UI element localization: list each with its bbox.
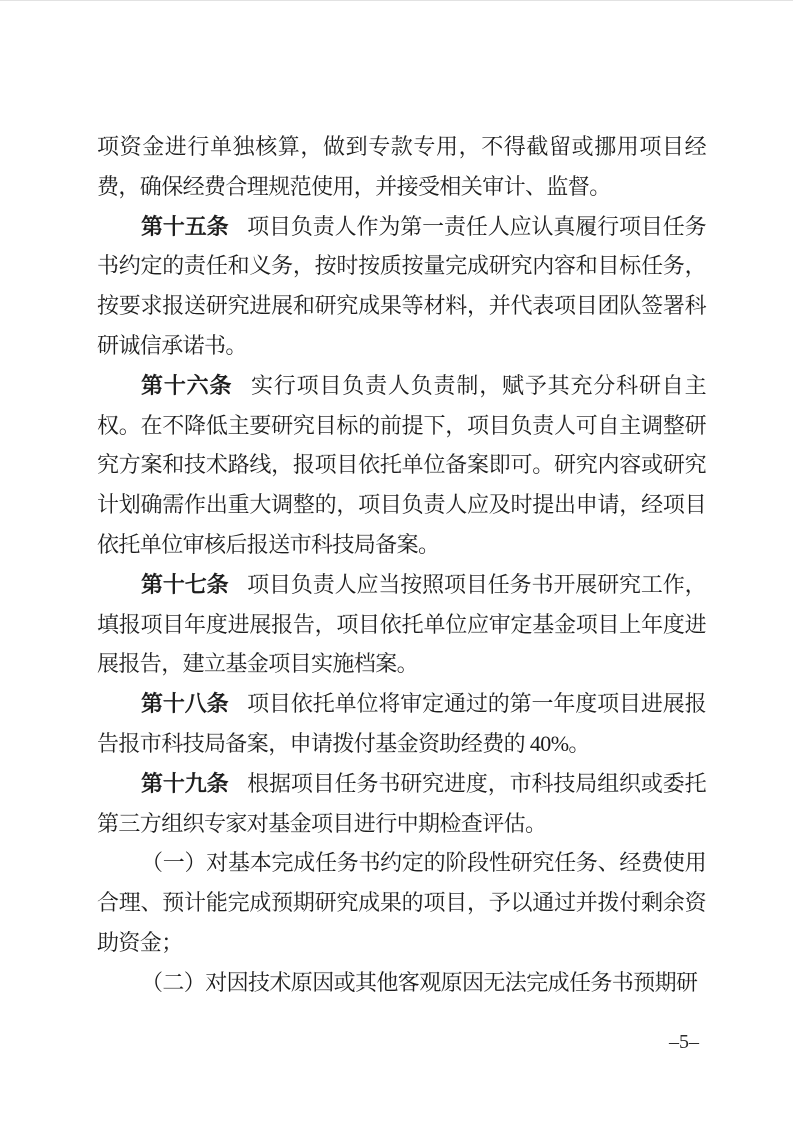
scan-edge-artifact [0, 0, 793, 1]
list-item-1: （一）对基本完成任务书约定的阶段性研究任务、经费使用合理、预计能完成预期研究成果… [97, 843, 706, 962]
article-16: 第十六条实行项目负责人负责制，赋予其充分科研自主权。在不降低主要研究目标的前提下… [97, 366, 706, 565]
list-item-2-text: （二）对因技术原因或其他客观原因无法完成任务书预期研 [141, 970, 697, 995]
continued-paragraph: 项资金进行单独核算，做到专款专用，不得截留或挪用项目经费，确保经费合理规范使用，… [97, 127, 706, 207]
document-page: 项资金进行单独核算，做到专款专用，不得截留或挪用项目经费，确保经费合理规范使用，… [0, 0, 793, 1122]
article-19-label: 第十九条 [141, 771, 228, 796]
article-17: 第十七条项目负责人应当按照项目任务书开展研究工作，填报项目年度进展报告，项目依托… [97, 565, 706, 684]
list-item-2: （二）对因技术原因或其他客观原因无法完成任务书预期研 [97, 963, 706, 1003]
article-17-label: 第十七条 [141, 572, 228, 597]
article-15: 第十五条项目负责人作为第一责任人应认真履行项目任务书约定的责任和义务，按时按质按… [97, 207, 706, 366]
article-19: 第十九条根据项目任务书研究进度，市科技局组织或委托第三方组织专家对基金项目进行中… [97, 764, 706, 844]
article-16-text: 实行项目负责人负责制，赋予其充分科研自主权。在不降低主要研究目标的前提下，项目负… [97, 373, 706, 557]
page-number: –5– [97, 1022, 699, 1062]
continued-paragraph-text: 项资金进行单独核算，做到专款专用，不得截留或挪用项目经费，确保经费合理规范使用，… [97, 134, 706, 199]
article-15-label: 第十五条 [141, 214, 228, 239]
article-16-label: 第十六条 [141, 373, 232, 398]
article-18: 第十八条项目依托单位将审定通过的第一年度项目进展报告报市科技局备案，申请拨付基金… [97, 684, 706, 764]
list-item-1-text: （一）对基本完成任务书约定的阶段性研究任务、经费使用合理、预计能完成预期研究成果… [97, 850, 706, 955]
document-body: 项资金进行单独核算，做到专款专用，不得截留或挪用项目经费，确保经费合理规范使用，… [97, 127, 706, 1003]
article-18-label: 第十八条 [141, 691, 228, 716]
